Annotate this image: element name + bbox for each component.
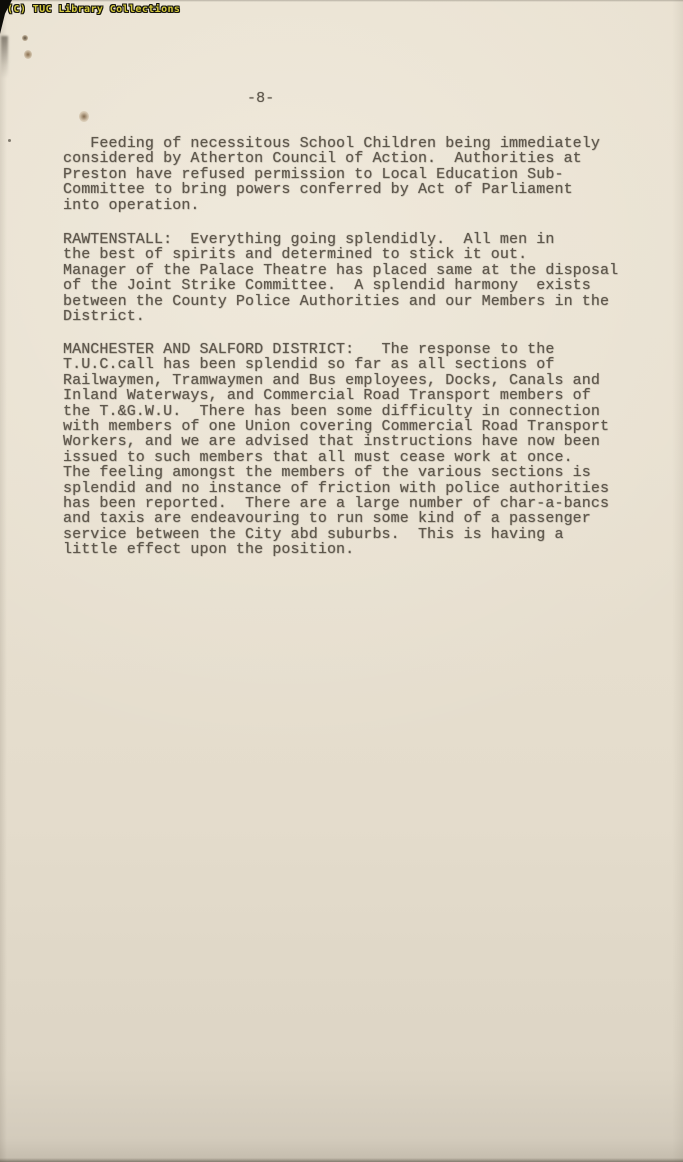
- scanned-document-page: (C) TUC Library Collections -8- Feeding …: [0, 0, 683, 1162]
- scan-bottom-edge-shadow: [0, 1158, 683, 1162]
- paragraph-manchester-salford: MANCHESTER AND SALFORD DISTRICT: The res…: [63, 342, 609, 558]
- paragraph-atherton-preston: Feeding of necessitous School Children b…: [63, 136, 600, 213]
- copyright-watermark: (C) TUC Library Collections: [7, 4, 180, 15]
- foxing-spot: [8, 139, 11, 142]
- page-number: -8-: [247, 90, 274, 107]
- paragraph-rawtenstall: RAWTENSTALL: Everything going splendidly…: [63, 232, 618, 324]
- foxing-spot: [24, 50, 32, 59]
- scan-top-edge-shadow: [0, 0, 683, 2]
- scan-edge-smudge: [1, 36, 8, 78]
- foxing-spot: [22, 35, 28, 41]
- foxing-spot: [79, 111, 89, 122]
